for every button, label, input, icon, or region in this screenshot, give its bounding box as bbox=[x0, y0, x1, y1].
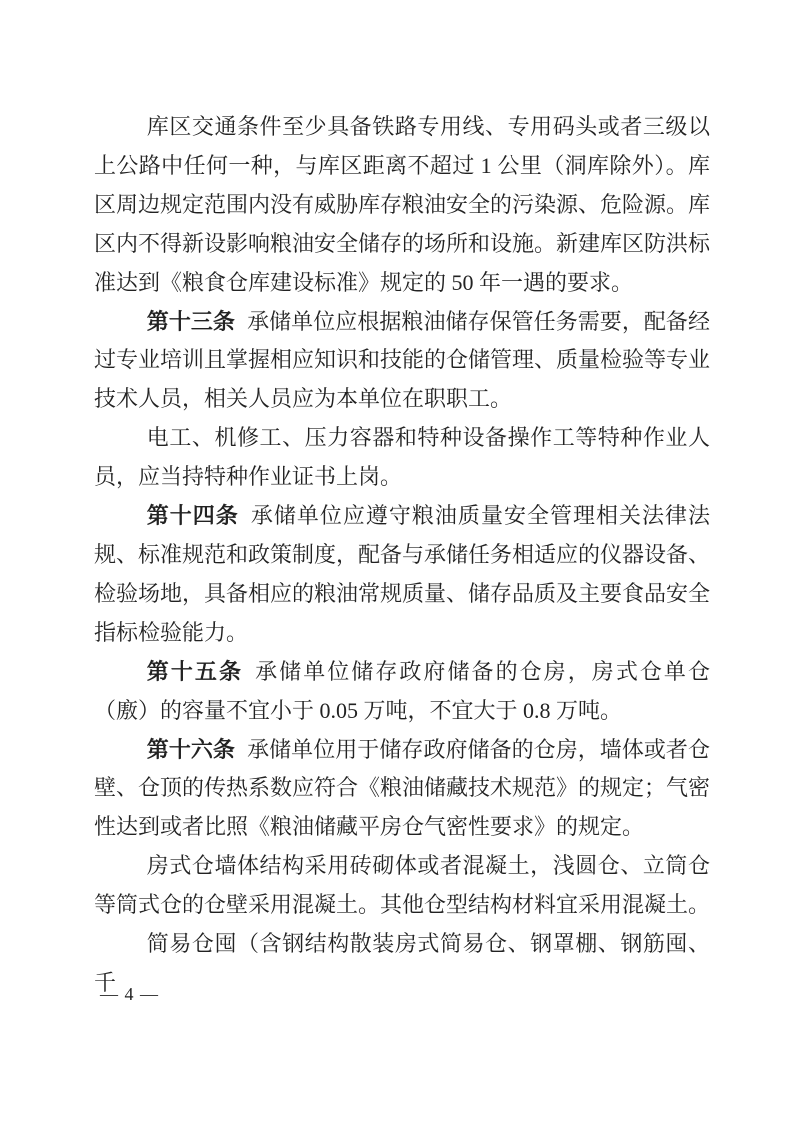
paragraph-article-16: 第十六条承储单位用于储存政府储备的仓房，墙体或者仓壁、仓顶的传热系数应符合《粮油… bbox=[94, 731, 710, 848]
document-body: 库区交通条件至少具备铁路专用线、专用码头或者三级以上公路中任何一种，与库区距离不… bbox=[94, 108, 710, 1003]
paragraph-simple-silo: 简易仓囤（含钢结构散装房式简易仓、钢罩棚、钢筋囤、千 bbox=[94, 925, 710, 1003]
page-number: — 4 — bbox=[100, 984, 159, 1005]
paragraph-text: 房式仓墙体结构采用砖砌体或者混凝土，浅圆仓、立筒仓等筒式仓的仓壁采用混凝土。其他… bbox=[94, 853, 710, 917]
paragraph-warehouse-walls: 房式仓墙体结构采用砖砌体或者混凝土，浅圆仓、立筒仓等筒式仓的仓壁采用混凝土。其他… bbox=[94, 847, 710, 925]
paragraph-text: 库区交通条件至少具备铁路专用线、专用码头或者三级以上公路中任何一种，与库区距离不… bbox=[94, 114, 710, 295]
paragraph-text: 电工、机修工、压力容器和特种设备操作工等特种作业人员，应当持特种作业证书上岗。 bbox=[94, 425, 710, 489]
article-16-lead: 第十六条 bbox=[147, 737, 235, 762]
paragraph-text: 简易仓囤（含钢结构散装房式简易仓、钢罩棚、钢筋囤、千 bbox=[94, 931, 710, 995]
paragraph-article-15: 第十五条承储单位储存政府储备的仓房，房式仓单仓（廒）的容量不宜小于 0.05 万… bbox=[94, 653, 710, 731]
article-15-lead: 第十五条 bbox=[147, 659, 243, 684]
document-page: 库区交通条件至少具备铁路专用线、专用码头或者三级以上公路中任何一种，与库区距离不… bbox=[0, 0, 794, 1123]
article-14-lead: 第十四条 bbox=[147, 503, 239, 528]
paragraph-article-14: 第十四条承储单位应遵守粮油质量安全管理相关法律法规、标准规范和政策制度，配备与承… bbox=[94, 497, 710, 653]
paragraph-kuqu-traffic: 库区交通条件至少具备铁路专用线、专用码头或者三级以上公路中任何一种，与库区距离不… bbox=[94, 108, 710, 303]
paragraph-special-workers: 电工、机修工、压力容器和特种设备操作工等特种作业人员，应当持特种作业证书上岗。 bbox=[94, 419, 710, 497]
paragraph-article-13: 第十三条承储单位应根据粮油储存保管任务需要，配备经过专业培训且掌握相应知识和技能… bbox=[94, 303, 710, 420]
article-13-lead: 第十三条 bbox=[147, 309, 235, 334]
